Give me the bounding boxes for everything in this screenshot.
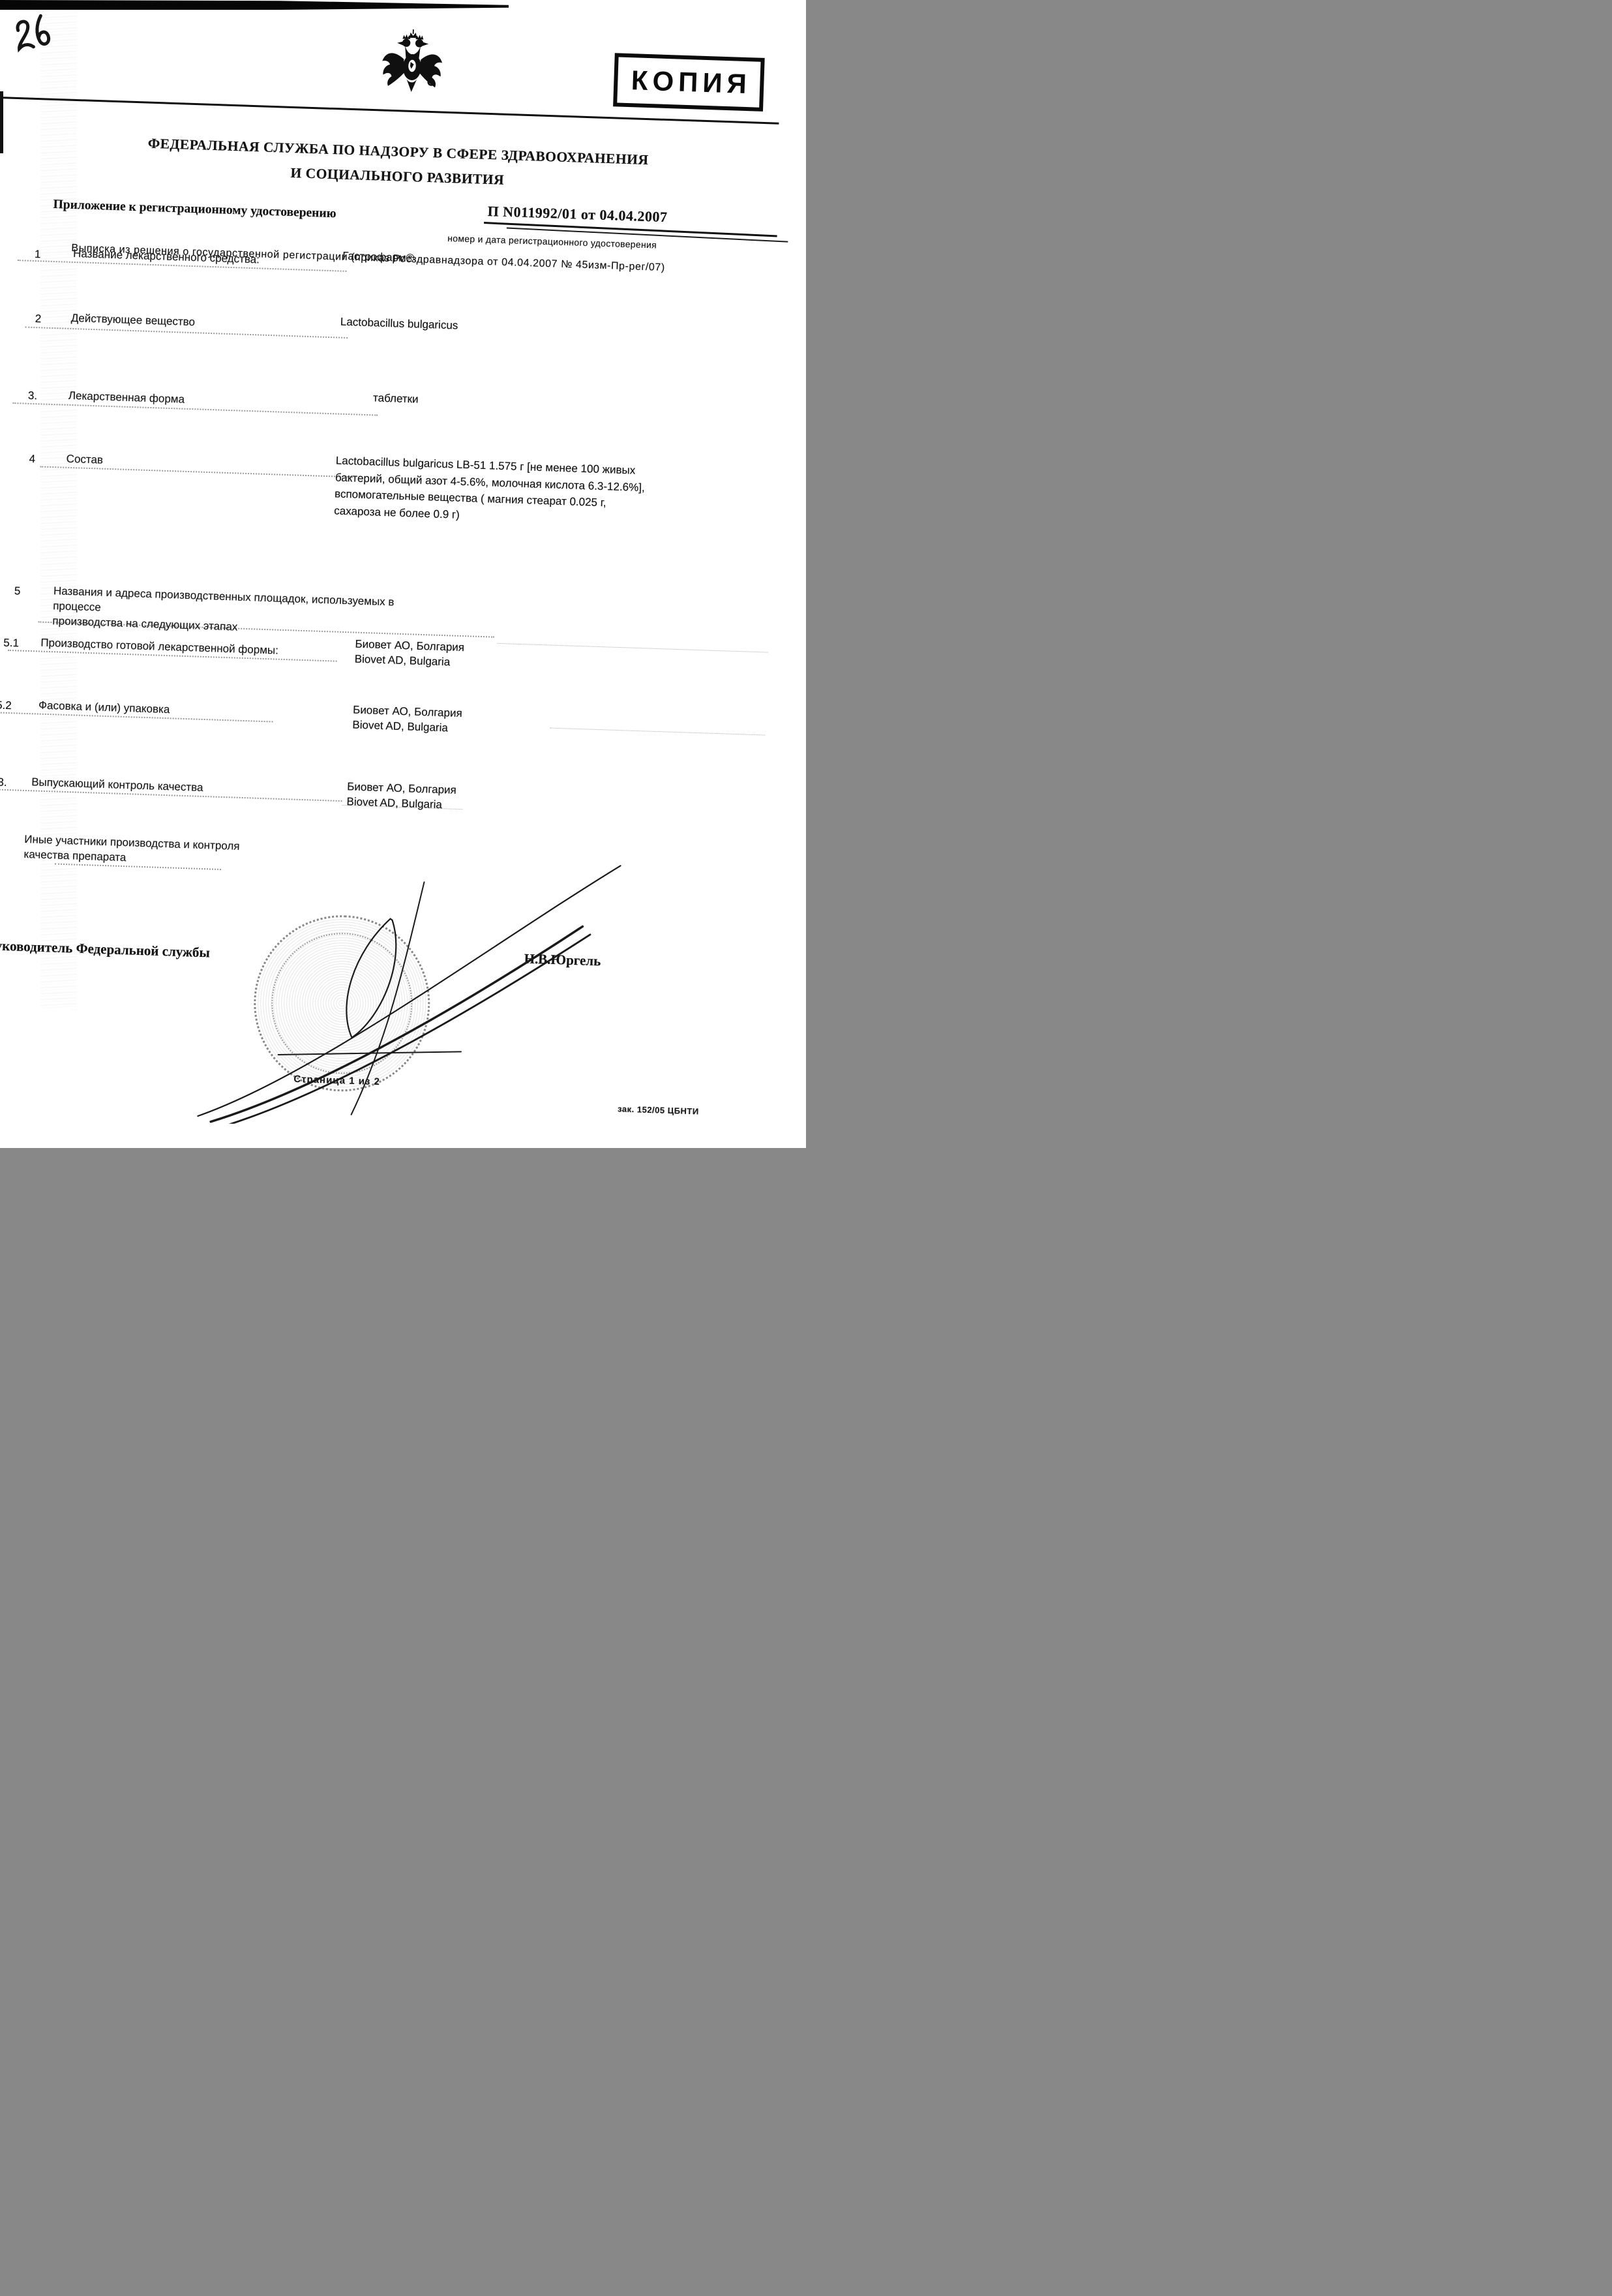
item-4-label: Состав (66, 452, 103, 468)
coat-of-arms-icon (378, 28, 445, 98)
copy-stamp-label: КОПИЯ (626, 65, 751, 100)
dotted-fill-line (12, 402, 378, 416)
item-2-label: Действующее вещество (70, 311, 195, 330)
registration-number: П N011992/01 от 04.04.2007 (487, 203, 668, 226)
item-5-2-number: 5.2 (0, 698, 12, 714)
signatory-role: Руководитель Федеральной службы (0, 937, 210, 961)
item-3-value: таблетки (373, 391, 419, 407)
item-2-value: Lactobacillus bulgaricus (340, 315, 458, 334)
item-5-2-value: Биовет АО, Болгария Biovet AD, Bulgaria (352, 703, 462, 736)
item-4-value: Lactobacillus bulgaricus LB-51 1.575 г [… (334, 452, 753, 532)
dotted-fill-line (550, 728, 765, 736)
item-5-1-value: Биовет АО, Болгария Biovet AD, Bulgaria (354, 637, 464, 671)
scanned-document-page: КОПИЯ ФЕДЕРАЛЬНАЯ СЛУЖБА ПО НАДЗОРУ В СФ… (0, 0, 806, 1148)
item-5-1-number: 5.1 (3, 636, 19, 652)
document-content: КОПИЯ ФЕДЕРАЛЬНАЯ СЛУЖБА ПО НАДЗОРУ В СФ… (0, 0, 805, 1148)
item-3-number: 3. (28, 389, 38, 404)
dotted-fill-line (40, 466, 353, 477)
item-1-value: Гастрофарм® (342, 249, 415, 267)
signature-strokes (185, 836, 637, 1137)
dotted-fill-line (498, 643, 768, 653)
registration-number-caption: номер и дата регистрационного удостовере… (447, 233, 657, 250)
item-2-number: 2 (35, 312, 41, 327)
copy-stamp: КОПИЯ (613, 53, 765, 112)
appendix-title: Приложение к регистрационному удостовере… (53, 198, 336, 221)
print-order-note: зак. 152/05 ЦБНТИ (618, 1104, 699, 1116)
item-5-number: 5 (14, 584, 21, 599)
item-4-number: 4 (29, 452, 35, 467)
item-5-3-number: 5 3. (0, 775, 7, 791)
